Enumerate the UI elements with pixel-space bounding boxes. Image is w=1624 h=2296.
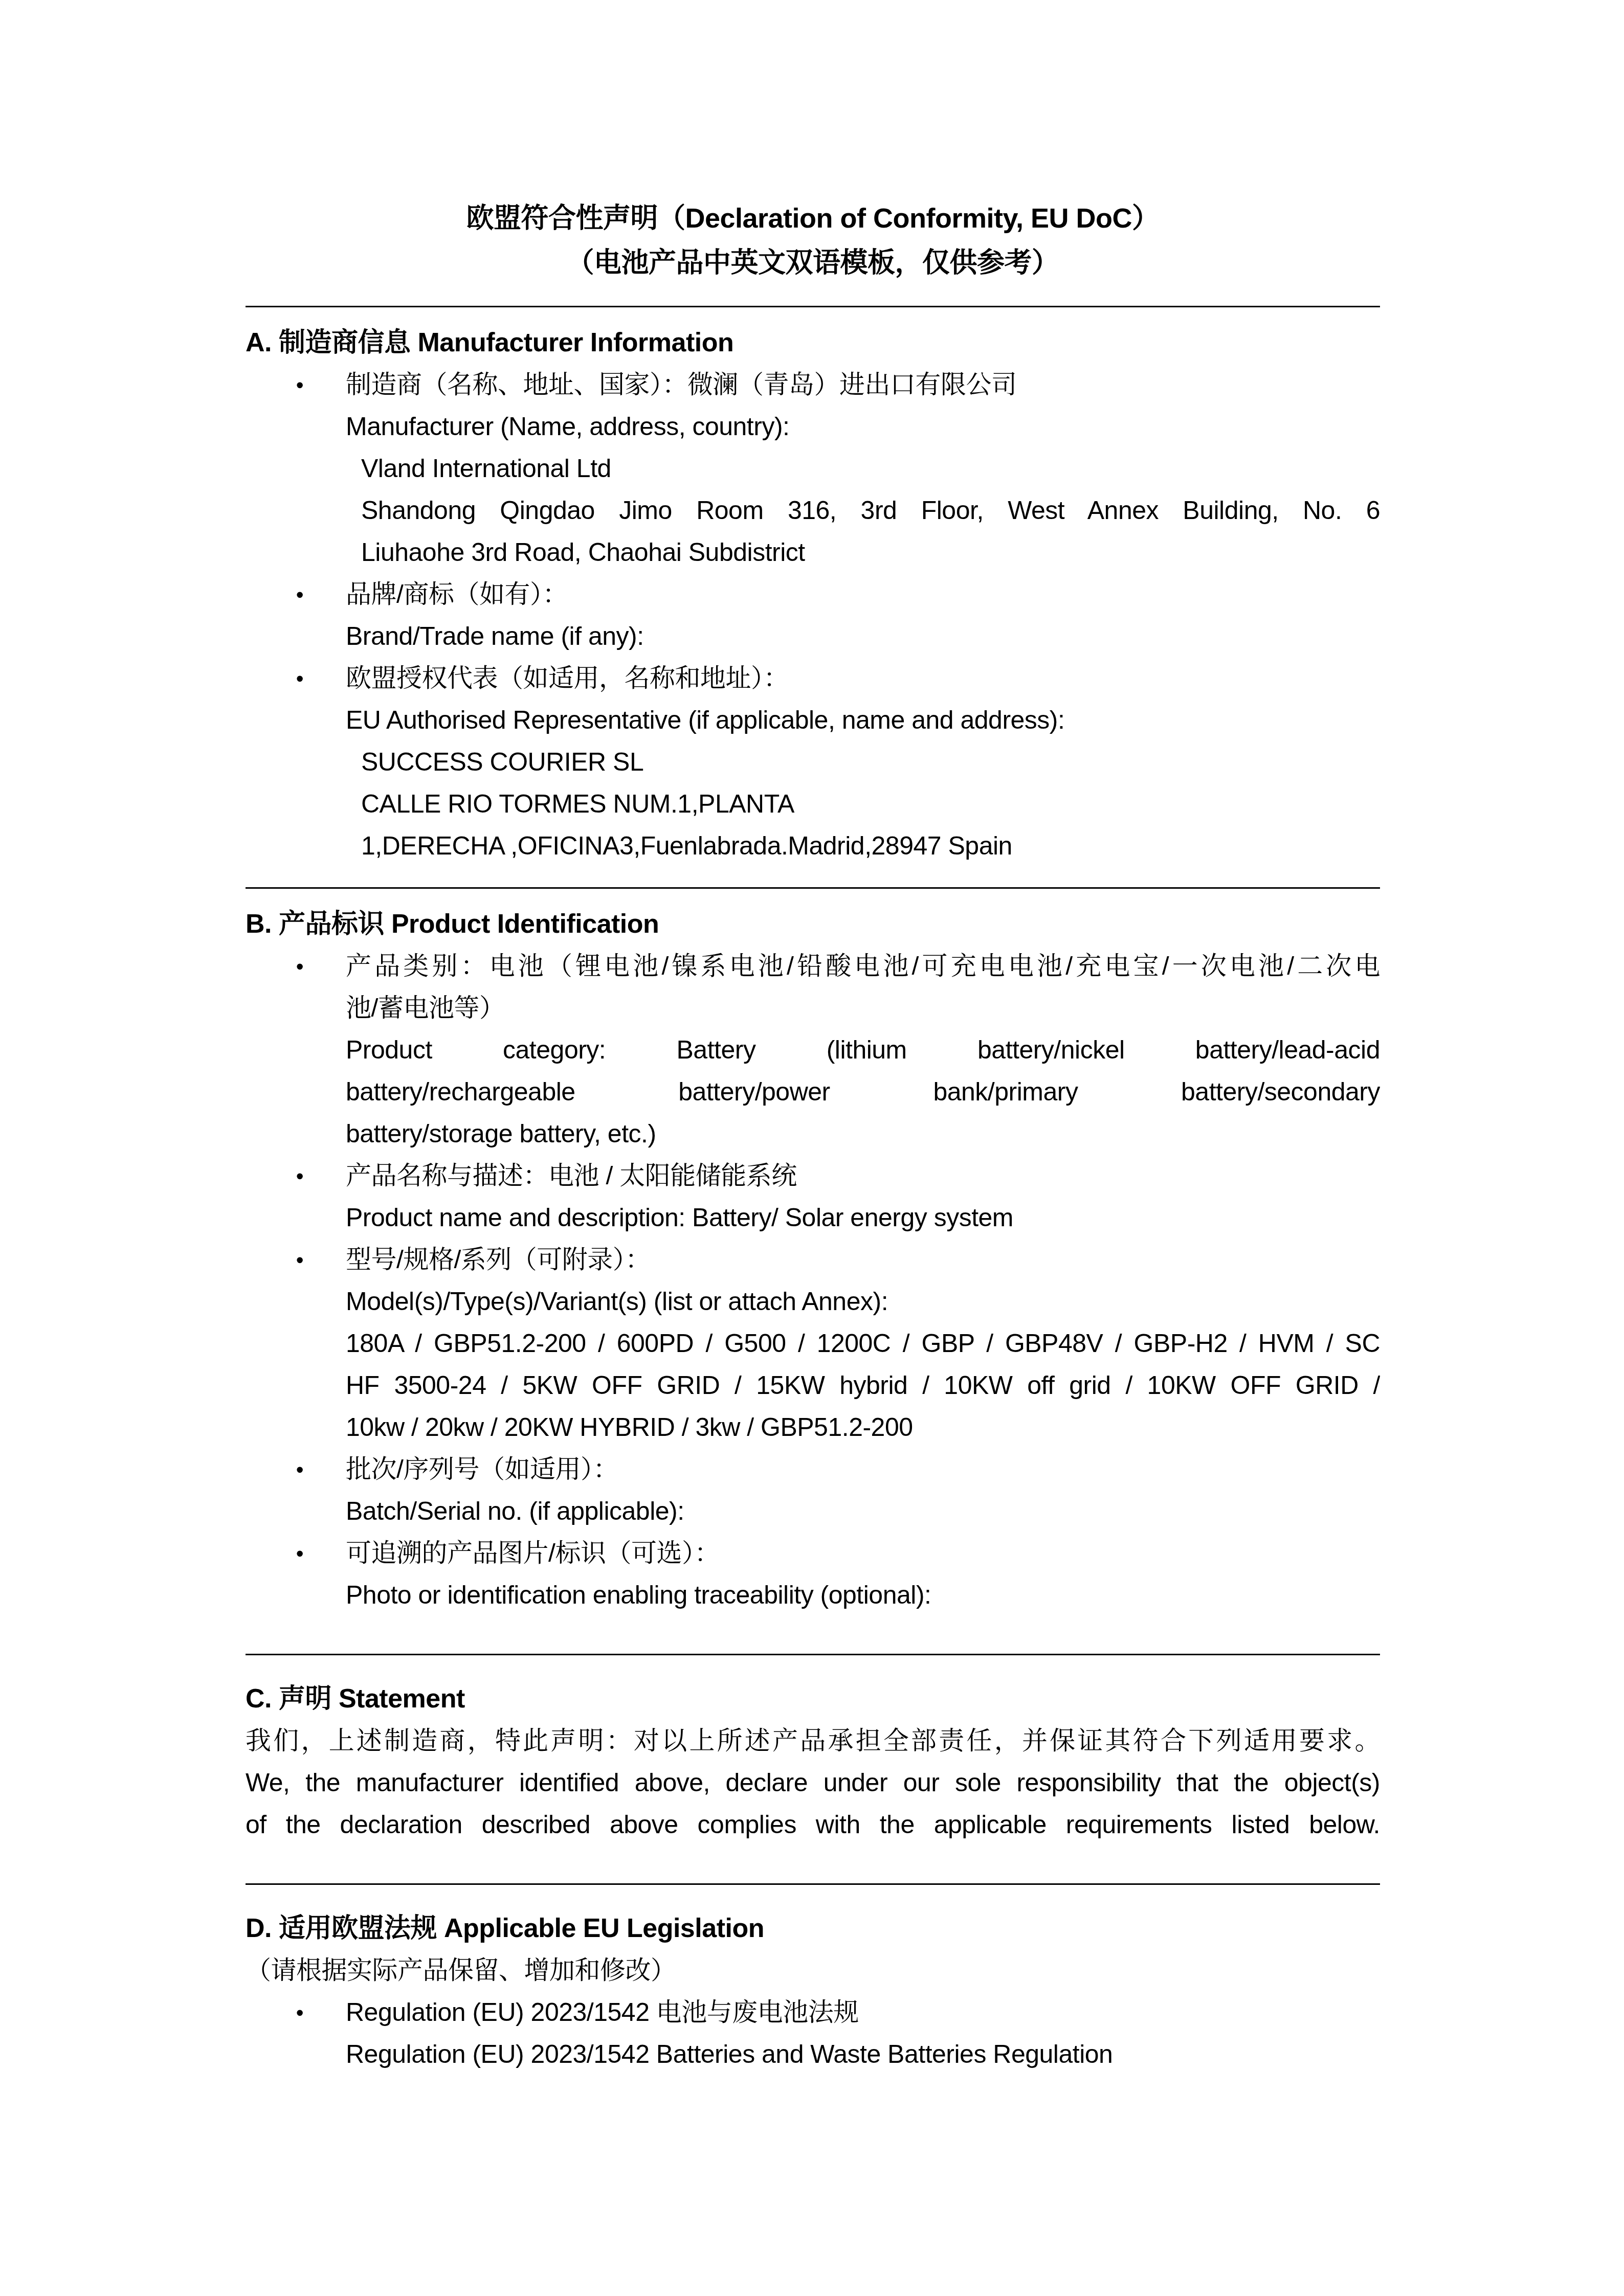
product-name-label-zh: 产品名称与描述：电池 / 太阳能储能系统 [346, 1161, 797, 1190]
document-title: 欧盟符合性声明（Declaration of Conformity, EU Do… [246, 196, 1380, 285]
bullet-icon: ● [296, 1155, 304, 1197]
model-label-en: Model(s)/Type(s)/Variant(s) (list or att… [246, 1280, 1380, 1322]
list-item: ● 品牌/商标（如有）： [246, 573, 1380, 615]
document-page: 欧盟符合性声明（Declaration of Conformity, EU Do… [0, 0, 1624, 2296]
product-category-zh-line-2: 池/蓄电池等） [246, 987, 1380, 1029]
batch-serial-label-en: Batch/Serial no. (if applicable): [246, 1490, 1380, 1532]
section-a-heading: A. 制造商信息 Manufacturer Information [246, 322, 1380, 364]
eu-rep-label-zh: 欧盟授权代表（如适用，名称和地址）： [346, 664, 789, 692]
product-category-en-line-2: battery/rechargeable battery/power bank/… [246, 1071, 1380, 1113]
manufacturer-name: Vland International Ltd [246, 447, 1380, 489]
section-divider [246, 887, 1380, 889]
manufacturer-address-line-2: Liuhaohe 3rd Road, Chaohai Subdistrict [246, 531, 1380, 573]
bullet-icon: ● [296, 657, 304, 699]
bullet-icon: ● [296, 364, 304, 406]
list-item: ● Regulation (EU) 2023/1542 电池与废电池法规 [246, 1991, 1380, 2033]
section-divider [246, 1654, 1380, 1655]
list-item: ● 可追溯的产品图片/标识（可选）： [246, 1532, 1380, 1574]
model-list-line-3: 10kw / 20kw / 20KW HYBRID / 3kw / GBP51.… [246, 1406, 1380, 1448]
product-category-en-line-1: Product category: Battery (lithium batte… [246, 1029, 1380, 1071]
product-category-en-line-3: battery/storage battery, etc.) [246, 1113, 1380, 1155]
section-product-identification: B. 产品标识 Product Identification ● 产品类别：电池… [246, 903, 1380, 1616]
bullet-icon: ● [296, 1239, 304, 1280]
brand-label-zh: 品牌/商标（如有）： [346, 580, 568, 609]
statement-en-line-2: of the declaration described above compl… [246, 1804, 1380, 1845]
section-b-heading: B. 产品标识 Product Identification [246, 903, 1380, 945]
bullet-icon: ● [296, 945, 304, 987]
eu-rep-address-line-2: 1,DERECHA ,OFICINA3,Fuenlabrada.Madrid,2… [246, 825, 1380, 867]
eu-rep-label-en: EU Authorised Representative (if applica… [246, 699, 1380, 741]
traceability-label-zh: 可追溯的产品图片/标识（可选）： [346, 1539, 720, 1567]
bullet-icon: ● [296, 573, 304, 615]
section-c-heading: C. 声明 Statement [246, 1678, 1380, 1720]
list-item: ● 欧盟授权代表（如适用，名称和地址）： [246, 657, 1380, 699]
list-item: ● 批次/序列号（如适用）： [246, 1448, 1380, 1490]
section-statement: C. 声明 Statement 我们，上述制造商，特此声明：对以上所述产品承担全… [246, 1678, 1380, 1845]
bullet-icon: ● [296, 1532, 304, 1574]
list-item: ● 型号/规格/系列（可附录）： [246, 1239, 1380, 1280]
statement-zh: 我们，上述制造商，特此声明：对以上所述产品承担全部责任，并保证其符合下列适用要求… [246, 1720, 1380, 1762]
batch-serial-label-zh: 批次/序列号（如适用）： [346, 1455, 618, 1483]
bullet-icon: ● [296, 1991, 304, 2033]
title-line-1: 欧盟符合性声明（Declaration of Conformity, EU Do… [246, 196, 1380, 241]
product-category-zh-line-1: 产品类别：电池（锂电池/镍系电池/铅酸电池/可充电电池/充电宝/一次电池/二次电 [346, 952, 1380, 980]
list-item: ● 产品类别：电池（锂电池/镍系电池/铅酸电池/可充电电池/充电宝/一次电池/二… [246, 945, 1380, 987]
model-label-zh: 型号/规格/系列（可附录）： [346, 1245, 651, 1274]
legislation-note: （请根据实际产品保留、增加和修改） [246, 1949, 1380, 1991]
list-item: ● 产品名称与描述：电池 / 太阳能储能系统 [246, 1155, 1380, 1197]
section-divider [246, 1883, 1380, 1885]
model-list-line-2: HF 3500-24 / 5KW OFF GRID / 15KW hybrid … [246, 1364, 1380, 1406]
title-line-2: （电池产品中英文双语模板，仅供参考） [246, 241, 1380, 285]
brand-label-en: Brand/Trade name (if any): [246, 615, 1380, 657]
model-list-line-1: 180A / GBP51.2-200 / 600PD / G500 / 1200… [246, 1322, 1380, 1364]
manufacturer-label-zh: 制造商（名称、地址、国家）：微澜（青岛）进出口有限公司 [346, 370, 1017, 399]
regulation-label-mixed: Regulation (EU) 2023/1542 电池与废电池法规 [346, 1998, 859, 2027]
manufacturer-label-en: Manufacturer (Name, address, country): [246, 406, 1380, 447]
section-manufacturer-information: A. 制造商信息 Manufacturer Information ● 制造商（… [246, 322, 1380, 867]
section-d-heading: D. 适用欧盟法规 Applicable EU Legislation [246, 1907, 1380, 1949]
bullet-icon: ● [296, 1448, 304, 1490]
product-name-label-en: Product name and description: Battery/ S… [246, 1197, 1380, 1239]
manufacturer-address-line-1: Shandong Qingdao Jimo Room 316, 3rd Floo… [246, 489, 1380, 531]
section-eu-legislation: D. 适用欧盟法规 Applicable EU Legislation （请根据… [246, 1907, 1380, 2075]
section-divider [246, 306, 1380, 307]
list-item: ● 制造商（名称、地址、国家）：微澜（青岛）进出口有限公司 [246, 364, 1380, 406]
eu-rep-address-line-1: CALLE RIO TORMES NUM.1,PLANTA [246, 783, 1380, 825]
regulation-label-en: Regulation (EU) 2023/1542 Batteries and … [246, 2033, 1380, 2075]
traceability-label-en: Photo or identification enabling traceab… [246, 1574, 1380, 1616]
statement-en-line-1: We, the manufacturer identified above, d… [246, 1762, 1380, 1804]
eu-rep-name: SUCCESS COURIER SL [246, 741, 1380, 783]
